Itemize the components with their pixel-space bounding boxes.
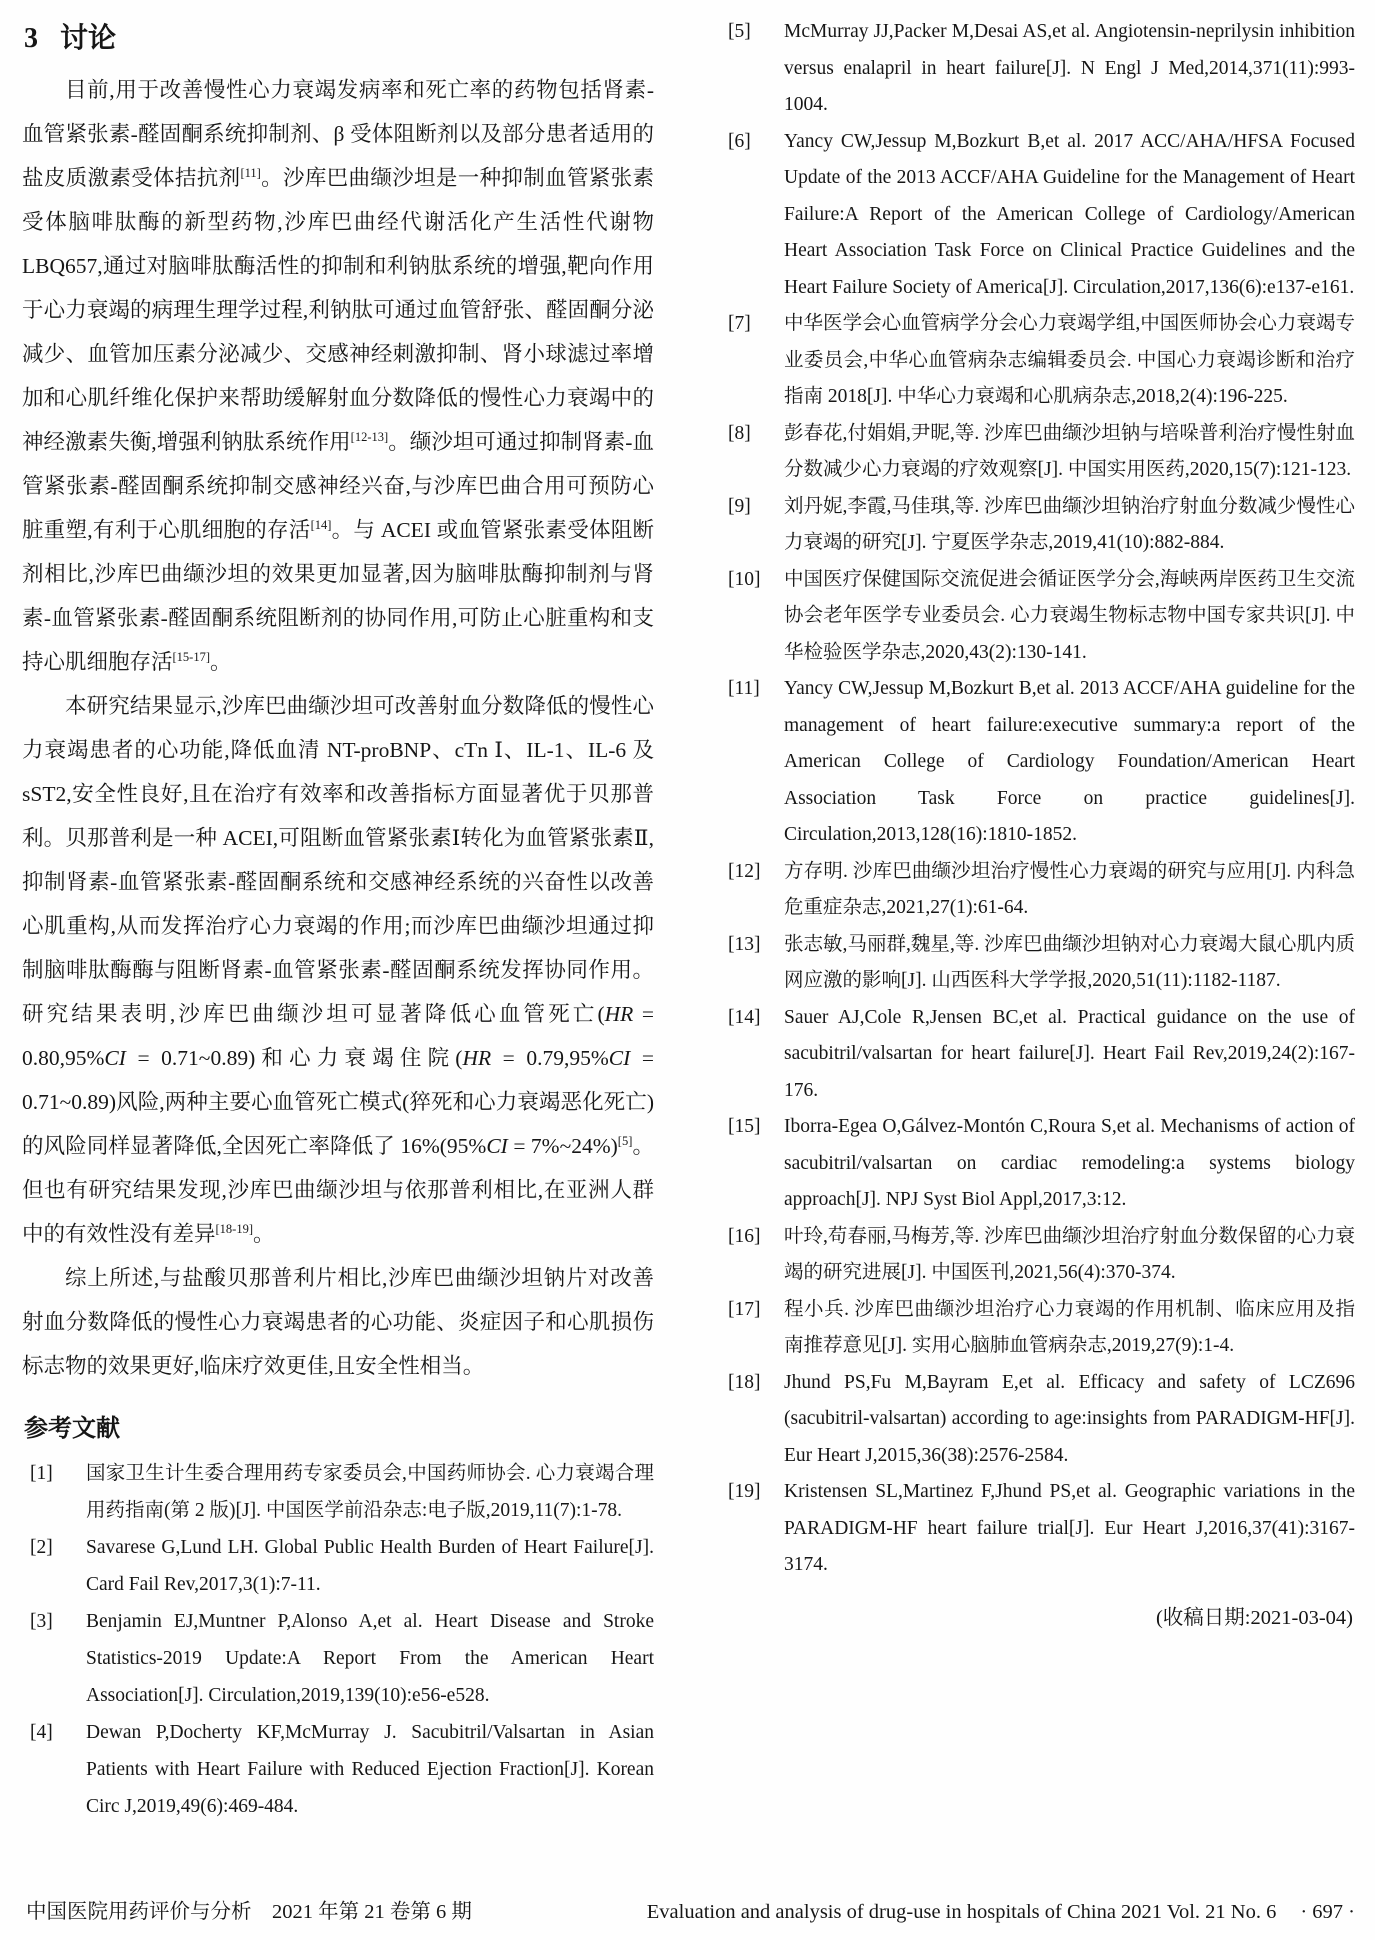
references-heading: 参考文献	[24, 1408, 654, 1443]
reference-text: 刘丹妮,李霞,马佳琪,等. 沙库巴曲缬沙坦钠治疗射血分数减少慢性心力衰竭的研究[…	[784, 489, 1355, 562]
reference-number: [13]	[716, 927, 784, 964]
reference-text: Kristensen SL,Martinez F,Jhund PS,et al.…	[784, 1474, 1355, 1584]
discussion-paragraph-3: 综上所述,与盐酸贝那普利片相比,沙库巴曲缬沙坦钠片对改善射血分数降低的慢性心力衰…	[22, 1256, 654, 1388]
paragraph-text: 。沙库巴曲缬沙坦是一种抑制血管紧张素受体脑啡肽酶的新型药物,沙库巴曲经代谢活化产…	[22, 166, 654, 454]
stat-variable: HR	[462, 1046, 491, 1070]
received-date: (收稿日期:2021-03-04)	[716, 1600, 1355, 1630]
reference-text: 叶玲,苟春丽,马梅芳,等. 沙库巴曲缬沙坦治疗射血分数保留的心力衰竭的研究进展[…	[784, 1219, 1355, 1292]
section-heading: 3 讨论	[24, 16, 654, 56]
reference-item: [14] Sauer AJ,Cole R,Jensen BC,et al. Pr…	[716, 1000, 1355, 1110]
reference-text: McMurray JJ,Packer M,Desai AS,et al. Ang…	[784, 14, 1355, 124]
stat-variable: CI	[486, 1134, 508, 1158]
reference-item: [12] 方存明. 沙库巴曲缬沙坦治疗慢性心力衰竭的研究与应用[J]. 内科急危…	[716, 854, 1355, 927]
page-footer: 中国医院用药评价与分析 2021 年第 21 卷第 6 期 Evaluation…	[26, 1894, 1355, 1924]
reference-item: [5] McMurray JJ,Packer M,Desai AS,et al.…	[716, 14, 1355, 124]
reference-item: [7] 中华医学会心血管病学分会心力衰竭学组,中国医师协会心力衰竭专业委员会,中…	[716, 306, 1355, 416]
reference-item: [17] 程小兵. 沙库巴曲缬沙坦治疗心力衰竭的作用机制、临床应用及指南推荐意见…	[716, 1292, 1355, 1365]
journal-page: 3 讨论 目前,用于改善慢性心力衰竭发病率和死亡率的药物包括肾素-血管紧张素-醛…	[0, 0, 1375, 1940]
stat-variable: HR	[605, 1002, 634, 1026]
reference-number: [1]	[22, 1455, 86, 1492]
citation-superscript: [14]	[311, 518, 332, 532]
reference-number: [5]	[716, 14, 784, 51]
reference-text: 中国医疗保健国际交流促进会循证医学分会,海峡两岸医药卫生交流协会老年医学专业委员…	[784, 562, 1355, 672]
reference-text: Iborra-Egea O,Gálvez-Montón C,Roura S,et…	[784, 1109, 1355, 1219]
footer-journal-title-cn: 中国医院用药评价与分析 2021 年第 21 卷第 6 期	[26, 1894, 472, 1924]
two-column-layout: 3 讨论 目前,用于改善慢性心力衰竭发病率和死亡率的药物包括肾素-血管紧张素-醛…	[22, 14, 1355, 1825]
footer-right-group: Evaluation and analysis of drug-use in h…	[647, 1901, 1355, 1924]
reference-item: [8] 彭春花,付娟娟,尹昵,等. 沙库巴曲缬沙坦钠与培哚普利治疗慢性射血分数减…	[716, 416, 1355, 489]
reference-item: [1] 国家卫生计生委合理用药专家委员会,中国药师协会. 心力衰竭合理用药指南(…	[22, 1455, 654, 1529]
reference-text: 国家卫生计生委合理用药专家委员会,中国药师协会. 心力衰竭合理用药指南(第 2 …	[86, 1455, 654, 1529]
reference-item: [18] Jhund PS,Fu M,Bayram E,et al. Effic…	[716, 1365, 1355, 1475]
reference-number: [14]	[716, 1000, 784, 1037]
paragraph-text: 综上所述,与盐酸贝那普利片相比,沙库巴曲缬沙坦钠片对改善射血分数降低的慢性心力衰…	[22, 1266, 654, 1378]
reference-text: 中华医学会心血管病学分会心力衰竭学组,中国医师协会心力衰竭专业委员会,中华心血管…	[784, 306, 1355, 416]
footer-page-number: · 697 ·	[1300, 1901, 1355, 1924]
reference-text: Yancy CW,Jessup M,Bozkurt B,et al. 2017 …	[784, 124, 1355, 307]
reference-number: [15]	[716, 1109, 784, 1146]
reference-item: [15] Iborra-Egea O,Gálvez-Montón C,Roura…	[716, 1109, 1355, 1219]
section-number: 3	[24, 23, 38, 55]
reference-text: Yancy CW,Jessup M,Bozkurt B,et al. 2013 …	[784, 671, 1355, 854]
reference-item: [4] Dewan P,Docherty KF,McMurray J. Sacu…	[22, 1714, 654, 1825]
stat-variable: CI	[104, 1046, 126, 1070]
right-column: [5] McMurray JJ,Packer M,Desai AS,et al.…	[716, 14, 1355, 1825]
footer-journal-title-en: Evaluation and analysis of drug-use in h…	[647, 1901, 1277, 1924]
reference-item: [16] 叶玲,苟春丽,马梅芳,等. 沙库巴曲缬沙坦治疗射血分数保留的心力衰竭的…	[716, 1219, 1355, 1292]
reference-text: 彭春花,付娟娟,尹昵,等. 沙库巴曲缬沙坦钠与培哚普利治疗慢性射血分数减少心力衰…	[784, 416, 1355, 489]
reference-text: Jhund PS,Fu M,Bayram E,et al. Efficacy a…	[784, 1365, 1355, 1475]
reference-item: [2] Savarese G,Lund LH. Global Public He…	[22, 1529, 654, 1603]
paragraph-text: = 0.79,95%	[491, 1046, 609, 1070]
discussion-paragraph-1: 目前,用于改善慢性心力衰竭发病率和死亡率的药物包括肾素-血管紧张素-醛固酮系统抑…	[22, 68, 654, 684]
reference-number: [2]	[22, 1529, 86, 1566]
reference-number: [9]	[716, 489, 784, 526]
reference-text: Savarese G,Lund LH. Global Public Health…	[86, 1529, 654, 1603]
reference-number: [4]	[22, 1714, 86, 1751]
reference-text: 方存明. 沙库巴曲缬沙坦治疗慢性心力衰竭的研究与应用[J]. 内科急危重症杂志,…	[784, 854, 1355, 927]
citation-superscript: [12-13]	[351, 430, 389, 444]
reference-number: [12]	[716, 854, 784, 891]
reference-number: [7]	[716, 306, 784, 343]
reference-number: [10]	[716, 562, 784, 599]
discussion-paragraph-2: 本研究结果显示,沙库巴曲缬沙坦可改善射血分数降低的慢性心力衰竭患者的心功能,降低…	[22, 684, 654, 1256]
reference-number: [6]	[716, 124, 784, 161]
reference-item: [19] Kristensen SL,Martinez F,Jhund PS,e…	[716, 1474, 1355, 1584]
left-column: 3 讨论 目前,用于改善慢性心力衰竭发病率和死亡率的药物包括肾素-血管紧张素-醛…	[22, 14, 654, 1825]
reference-text: 张志敏,马丽群,魏星,等. 沙库巴曲缬沙坦钠对心力衰竭大鼠心肌内质网应激的影响[…	[784, 927, 1355, 1000]
reference-text: Benjamin EJ,Muntner P,Alonso A,et al. He…	[86, 1603, 654, 1714]
reference-item: [9] 刘丹妮,李霞,马佳琪,等. 沙库巴曲缬沙坦钠治疗射血分数减少慢性心力衰竭…	[716, 489, 1355, 562]
reference-text: 程小兵. 沙库巴曲缬沙坦治疗心力衰竭的作用机制、临床应用及指南推荐意见[J]. …	[784, 1292, 1355, 1365]
citation-superscript: [5]	[618, 1134, 633, 1148]
paragraph-text: 。	[210, 650, 232, 674]
reference-number: [18]	[716, 1365, 784, 1402]
paragraph-text: 本研究结果显示,沙库巴曲缬沙坦可改善射血分数降低的慢性心力衰竭患者的心功能,降低…	[22, 694, 654, 1026]
reference-item: [6] Yancy CW,Jessup M,Bozkurt B,et al. 2…	[716, 124, 1355, 307]
citation-superscript: [15-17]	[173, 650, 211, 664]
paragraph-text: = 7%~24%)	[508, 1134, 618, 1158]
reference-item: [11] Yancy CW,Jessup M,Bozkurt B,et al. …	[716, 671, 1355, 854]
reference-number: [19]	[716, 1474, 784, 1511]
reference-text: Dewan P,Docherty KF,McMurray J. Sacubitr…	[86, 1714, 654, 1825]
reference-number: [17]	[716, 1292, 784, 1329]
reference-item: [3] Benjamin EJ,Muntner P,Alonso A,et al…	[22, 1603, 654, 1714]
reference-number: [16]	[716, 1219, 784, 1256]
paragraph-text: = 0.71~0.89)和心力衰竭住院(	[126, 1046, 463, 1070]
reference-number: [8]	[716, 416, 784, 453]
reference-number: [3]	[22, 1603, 86, 1640]
stat-variable: CI	[609, 1046, 631, 1070]
reference-text: Sauer AJ,Cole R,Jensen BC,et al. Practic…	[784, 1000, 1355, 1110]
reference-item: [13] 张志敏,马丽群,魏星,等. 沙库巴曲缬沙坦钠对心力衰竭大鼠心肌内质网应…	[716, 927, 1355, 1000]
reference-number: [11]	[716, 671, 784, 708]
citation-superscript: [18-19]	[216, 1222, 254, 1236]
citation-superscript: [11]	[240, 166, 260, 180]
reference-item: [10] 中国医疗保健国际交流促进会循证医学分会,海峡两岸医药卫生交流协会老年医…	[716, 562, 1355, 672]
section-title: 讨论	[60, 16, 116, 56]
paragraph-text: 。	[253, 1222, 275, 1246]
